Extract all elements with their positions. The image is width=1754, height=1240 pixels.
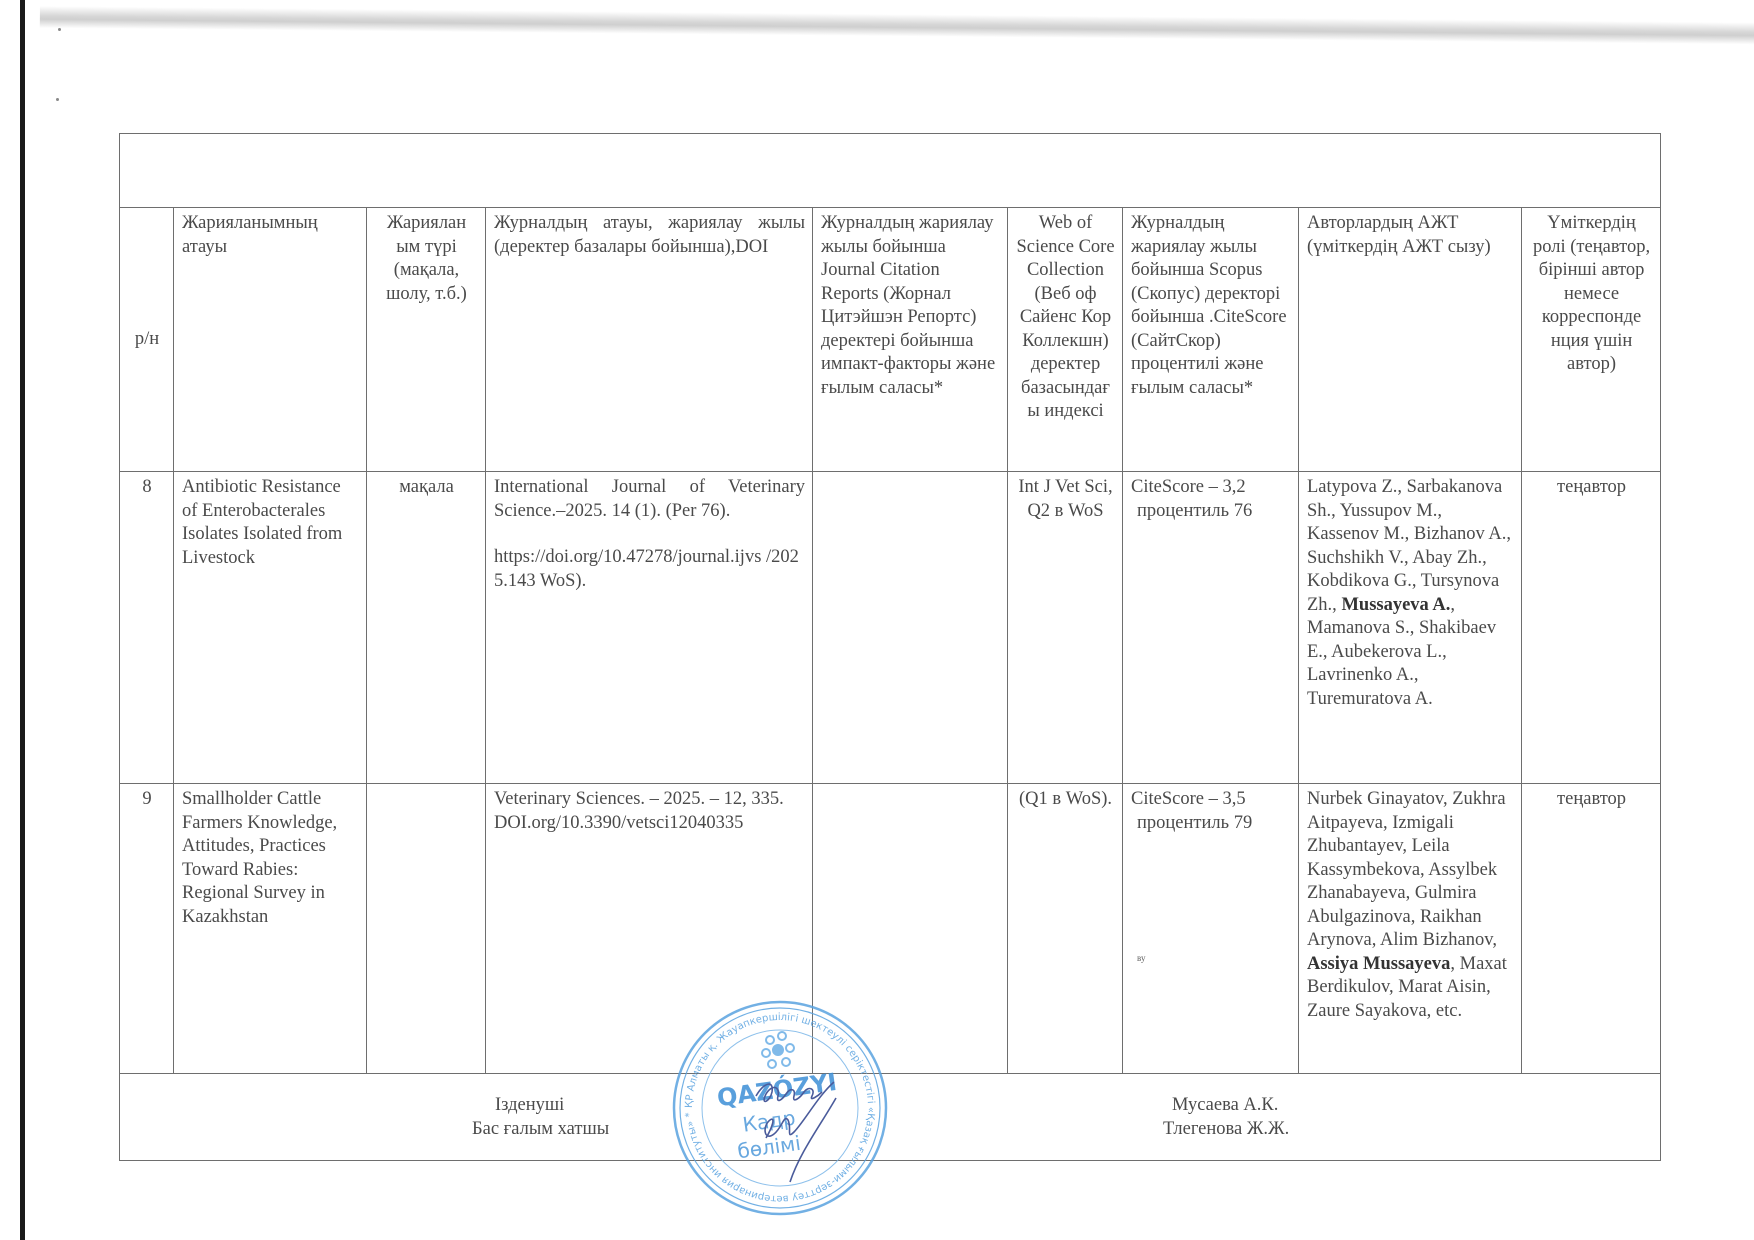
scan-speck — [58, 28, 61, 31]
table-row: 8 Antibiotic Resistance of Enterobactera… — [120, 472, 1661, 784]
header-role: Үміткердің ролі (теңавтор, бірінші автор… — [1522, 208, 1661, 472]
header-wos: Web of Science Core Collection (Веб оф С… — [1008, 208, 1123, 472]
row-scopus: CiteScore – 3,2 процентиль 76 — [1123, 472, 1299, 784]
row-wos: Int J Vet Sci, Q2 в WoS — [1008, 472, 1123, 784]
journal-citation: International Journal of Veterinary Scie… — [494, 476, 805, 523]
row-wos: (Q1 в WoS). — [1008, 784, 1123, 1074]
percentile: процентиль 76 — [1131, 500, 1291, 524]
header-scopus: Журналдың жариялау жылы бойынша Scopus (… — [1123, 208, 1299, 472]
row-jcr — [813, 784, 1008, 1074]
table-top-row — [120, 134, 1661, 208]
header-number: р/н — [120, 208, 174, 472]
empty-title-cell — [120, 134, 1661, 208]
secretary-name: Тлегенова Ж.Ж. — [1163, 1118, 1289, 1142]
table-row: 9 Smallholder Cattle Farmers Knowledge, … — [120, 784, 1661, 1074]
authors-list: Nurbek Ginayatov, Zukhra Aitpayeva, Izmi… — [1307, 789, 1506, 950]
row-type: мақала — [367, 472, 486, 784]
row-title: Antibiotic Resistance of Enterobacterale… — [174, 472, 367, 784]
header-title: Жарияланымның атауы — [174, 208, 367, 472]
row-title: Smallholder Cattle Farmers Knowledge, At… — [174, 784, 367, 1074]
signature-cell: Ізденуші Бас ғалым хатшы Мусаева А.К. Тл… — [120, 1074, 1661, 1161]
stray-mark: ву — [1137, 953, 1145, 963]
row-authors: Latypova Z., Sarbakanova Sh., Yussupov M… — [1299, 472, 1522, 784]
header-authors: Авторлардың АЖТ (үміткердің АЖТ сызу) — [1299, 208, 1522, 472]
applicant-label: Ізденуші — [495, 1094, 564, 1118]
candidate-name: Assiya Mussayeva — [1307, 954, 1450, 974]
journal-doi-link[interactable]: https://doi.org/10.47278/journal.ijvs /2… — [494, 546, 805, 593]
scan-edge-left — [20, 0, 25, 1240]
journal-doi-link[interactable]: DOI.org/10.3390/vetsci12040335 — [494, 812, 805, 836]
secretary-label: Бас ғалым хатшы — [472, 1118, 609, 1142]
row-authors: Nurbek Ginayatov, Zukhra Aitpayeva, Izmi… — [1299, 784, 1522, 1074]
row-journal: International Journal of Veterinary Scie… — [486, 472, 813, 784]
row-type — [367, 784, 486, 1074]
percentile: процентиль 79 — [1131, 812, 1291, 836]
publications-table: р/н Жарияланымның атауы Жариялан ым түрі… — [119, 133, 1661, 1161]
row-scopus: CiteScore – 3,5 процентиль 79 — [1123, 784, 1299, 1074]
scan-speck — [56, 98, 59, 101]
row-journal: Veterinary Sciences. – 2025. – 12, 335. … — [486, 784, 813, 1074]
row-number: 8 — [120, 472, 174, 784]
citescore: CiteScore – 3,2 — [1131, 476, 1291, 500]
header-type: Жариялан ым түрі (мақала, шолу, т.б.) — [367, 208, 486, 472]
candidate-name: Mussayeva A. — [1341, 595, 1450, 615]
journal-citation: Veterinary Sciences. – 2025. – 12, 335. — [494, 788, 805, 812]
header-journal: Журналдың атауы, жариялау жылы (деректер… — [486, 208, 813, 472]
scan-edge-top — [40, 6, 1754, 45]
citescore: CiteScore – 3,5 — [1131, 788, 1291, 812]
applicant-name: Мусаева А.К. — [1172, 1094, 1278, 1118]
table-header-row: р/н Жарияланымның атауы Жариялан ым түрі… — [120, 208, 1661, 472]
row-number: 9 — [120, 784, 174, 1074]
row-jcr — [813, 472, 1008, 784]
row-role: теңавтор — [1522, 784, 1661, 1074]
signature-row: Ізденуші Бас ғалым хатшы Мусаева А.К. Тл… — [120, 1074, 1661, 1161]
row-role: теңавтор — [1522, 472, 1661, 784]
header-jcr: Журналдың жариялау жылы бойынша Journal … — [813, 208, 1008, 472]
